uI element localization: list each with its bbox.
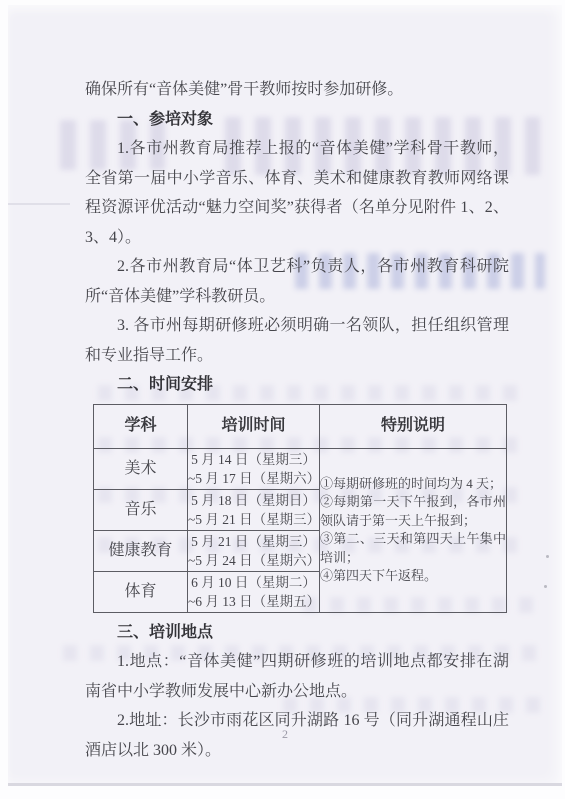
time-line: 5 月 18 日（星期日） xyxy=(188,491,319,510)
paragraph: 1.各市州教育局推荐上报的“音体美健”学科骨干教师，全省第一届中小学音乐、体育、… xyxy=(85,134,509,252)
scan-speck xyxy=(544,585,547,588)
time-line: ~6 月 13 日（星期五） xyxy=(188,592,319,611)
time-line: 5 月 21 日（星期三） xyxy=(188,532,319,551)
subject-cell: 体育 xyxy=(94,571,188,612)
subject-cell: 音乐 xyxy=(94,489,188,530)
scan-artifact xyxy=(8,203,70,205)
time-cell: 5 月 18 日（星期日） ~5 月 21 日（星期三） xyxy=(188,489,320,530)
table-row: 美术 5 月 14 日（星期三） ~5 月 17 日（星期六） ①每期研修班的时… xyxy=(94,448,507,489)
scanned-document: { "doc": { "page_number": "2", "continua… xyxy=(0,0,565,799)
subject-cell: 美术 xyxy=(94,448,188,489)
subject-cell: 健康教育 xyxy=(94,530,188,571)
time-line: 5 月 14 日（星期三） xyxy=(188,450,319,469)
table-header-row: 学科 培训时间 特别说明 xyxy=(94,404,507,448)
note-line: ④第四天下午返程。 xyxy=(320,567,506,586)
time-line: ~5 月 17 日（星期六） xyxy=(188,469,319,488)
time-cell: 6 月 10 日（星期二） ~6 月 13 日（星期五） xyxy=(188,571,320,612)
column-header-subject: 学科 xyxy=(94,404,188,448)
time-cell: 5 月 21 日（星期三） ~5 月 24 日（星期六） xyxy=(188,530,320,571)
paragraph: 1.地点：“音体美健”四期研修班的培训地点都安排在湖南省中小学教师发展中心新办公… xyxy=(85,647,509,706)
section-heading-schedule: 二、时间安排 xyxy=(85,370,509,400)
page-number: 2 xyxy=(8,727,562,742)
paragraph: 3. 各市州每期研修班必须明确一名领队，担任组织管理和专业指导工作。 xyxy=(85,311,509,370)
section-heading-location: 三、培训地点 xyxy=(85,618,509,648)
section-heading-participants: 一、参培对象 xyxy=(85,105,509,135)
note-line: ②每期第一天下午报到，各市州领队请于第一天上午报到； xyxy=(320,493,506,530)
continuation-paragraph: 确保所有“音体美健”骨干教师按时参加研修。 xyxy=(85,75,509,105)
time-line: 6 月 10 日（星期二） xyxy=(188,573,319,592)
special-notes-cell: ①每期研修班的时间均为 4 天； ②每期第一天下午报到，各市州领队请于第一天上午… xyxy=(320,448,507,612)
paragraph: 2.各市州教育局“体卫艺科”负责人，各市州教育科研院所“音体美健”学科教研员。 xyxy=(85,252,509,311)
time-line: ~5 月 21 日（星期三） xyxy=(188,510,319,529)
column-header-time: 培训时间 xyxy=(188,404,320,448)
scan-speck xyxy=(546,555,549,558)
document-body: 确保所有“音体美健”骨干教师按时参加研修。 一、参培对象 1.各市州教育局推荐上… xyxy=(85,75,509,765)
time-cell: 5 月 14 日（星期三） ~5 月 17 日（星期六） xyxy=(188,448,320,489)
schedule-table: 学科 培训时间 特别说明 美术 5 月 14 日（星期三） ~5 月 17 日（… xyxy=(93,404,507,613)
time-line: ~5 月 24 日（星期六） xyxy=(188,551,319,570)
column-header-notes: 特别说明 xyxy=(320,404,507,448)
note-line: ③第二、三天和第四天上午集中培训； xyxy=(320,530,506,567)
scan-page: 确保所有“音体美健”骨干教师按时参加研修。 一、参培对象 1.各市州教育局推荐上… xyxy=(8,5,562,786)
note-line: ①每期研修班的时间均为 4 天； xyxy=(320,475,506,494)
